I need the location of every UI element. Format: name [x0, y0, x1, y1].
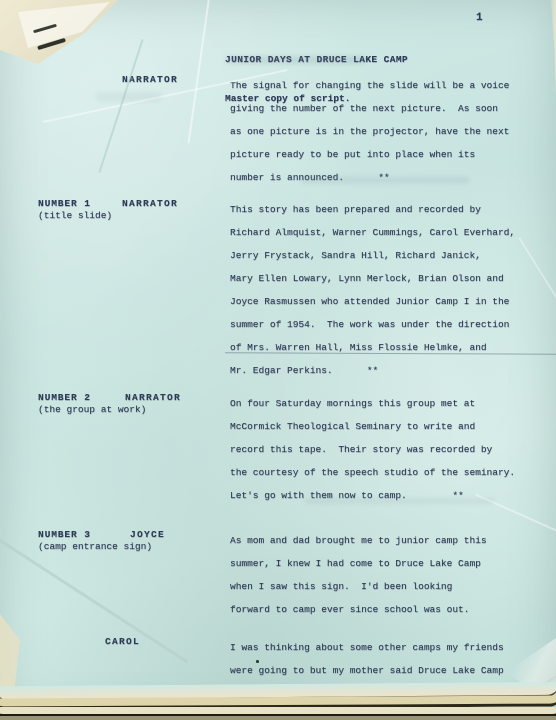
script-block: NARRATOR The signal for changing the sli… [0, 74, 556, 140]
ink-smudge [305, 498, 495, 504]
script-block: NUMBER 1 (title slide) NARRATOR This sto… [0, 198, 556, 264]
dialogue-text: I was thinking about some other camps my… [230, 636, 546, 682]
dialogue-text: As mom and dad brought me to junior camp… [230, 529, 546, 621]
slide-number-label: NUMBER 2 [38, 392, 91, 403]
slide-description-label: (title slide) [38, 210, 112, 221]
speaker-label: CAROL [105, 636, 140, 647]
script-block: NUMBER 2 (the group at work) NARRATOR On… [0, 392, 556, 458]
ink-smudge [225, 56, 367, 64]
ink-dot [256, 660, 259, 663]
speaker-label: JOYCE [130, 529, 165, 540]
slide-description-label: (camp entrance sign) [38, 541, 152, 552]
dialogue-text: On four Saturday mornings this group met… [230, 392, 546, 507]
ink-smudge [96, 92, 162, 102]
slide-number-label: NUMBER 3 [38, 529, 91, 540]
dialogue-text: The signal for changing the slide will b… [230, 74, 546, 189]
script-block: NUMBER 3 (camp entrance sign) JOYCE As m… [0, 529, 556, 595]
speaker-label: NARRATOR [122, 74, 178, 85]
slide-description-label: (the group at work) [38, 404, 146, 415]
bottom-sheet-edge [0, 716, 556, 720]
paper-sheet: 1 JUNIOR DAYS AT DRUCE LAKE CAMP Master … [0, 0, 556, 720]
speaker-label: NARRATOR [122, 198, 178, 209]
ink-smudge [300, 176, 470, 184]
slide-number-label: NUMBER 1 [38, 198, 91, 209]
dialogue-text: This story has been prepared and recorde… [230, 198, 546, 382]
speaker-label: NARRATOR [125, 392, 181, 403]
page-number: 1 [476, 12, 483, 24]
scanned-script-page: 1 JUNIOR DAYS AT DRUCE LAKE CAMP Master … [0, 0, 556, 720]
